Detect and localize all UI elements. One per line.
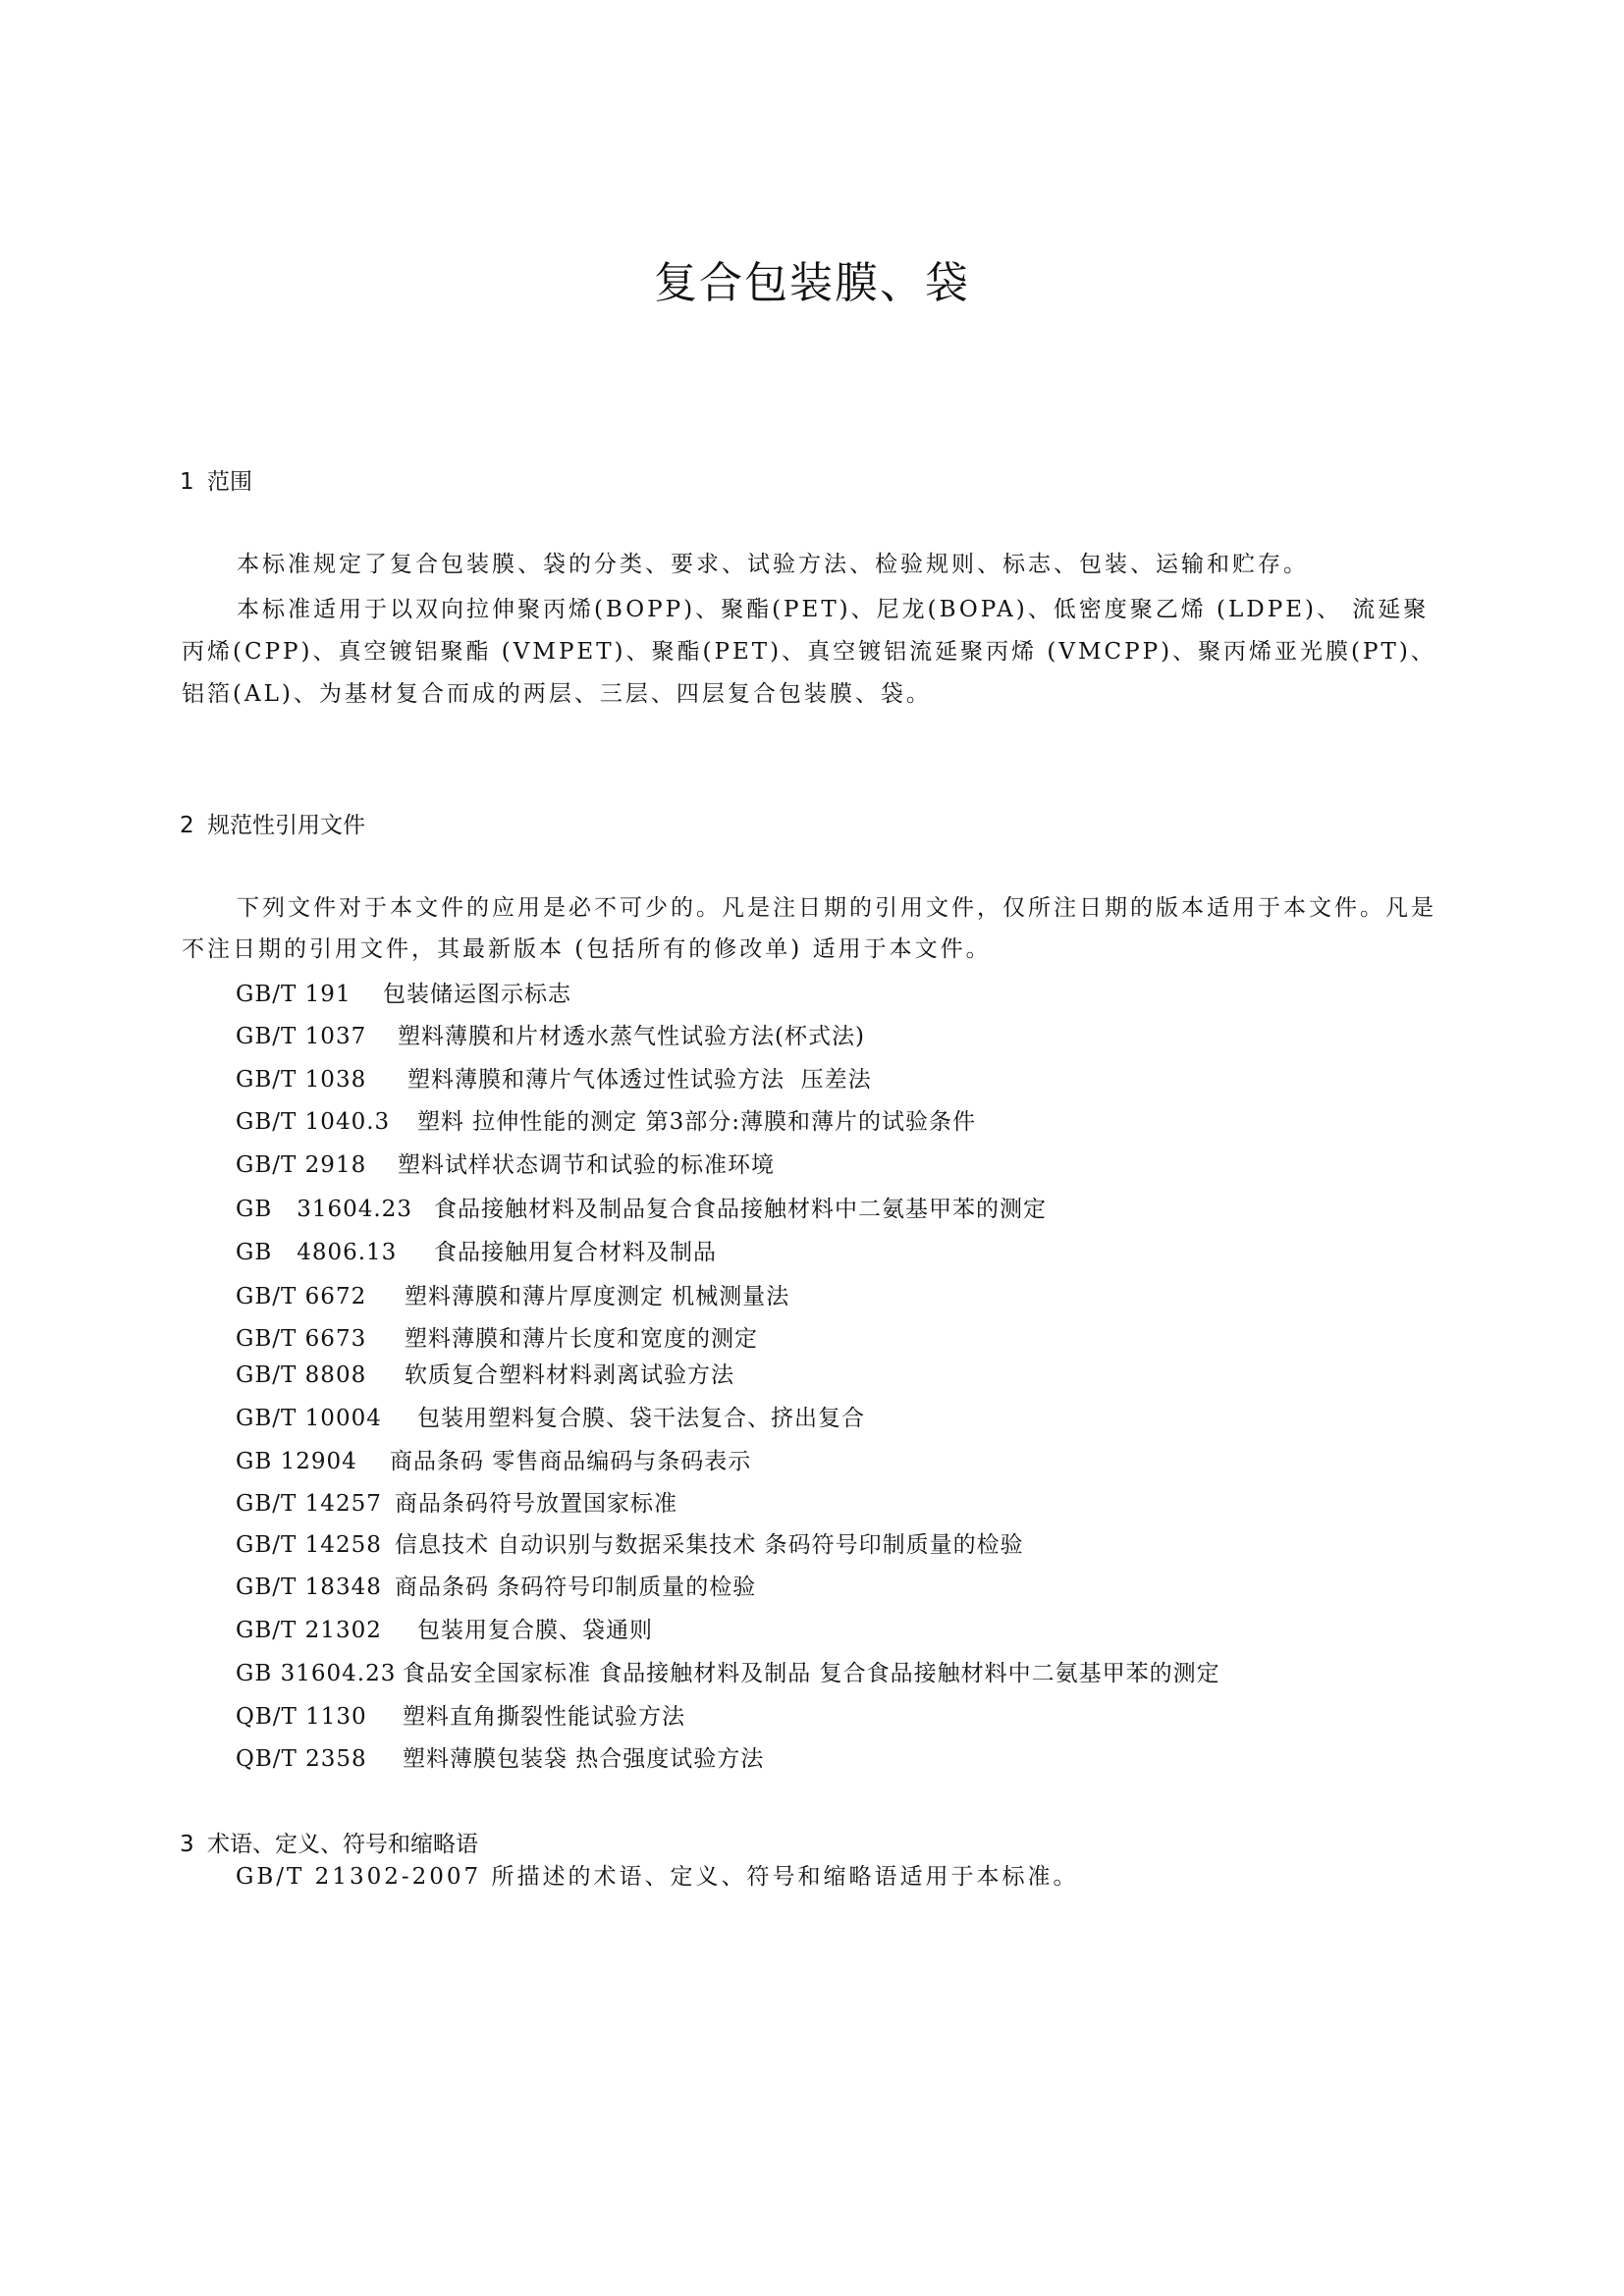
reference-item: QB/T 2358塑料薄膜包装袋 热合强度试验方法 xyxy=(236,1740,764,1773)
reference-code: GB/T 10004 xyxy=(236,1406,417,1431)
reference-title: 食品安全国家标准 食品接触材料及制品 复合食品接触材料中二氨基甲苯的测定 xyxy=(403,1661,1220,1686)
section-number: 1 xyxy=(180,469,207,495)
reference-code: GB/T 1040.3 xyxy=(236,1109,417,1135)
reference-title: 塑料 拉伸性能的测定 第3部分:薄膜和薄片的试验条件 xyxy=(417,1109,976,1135)
section-1-paragraph-1: 本标准规定了复合包装膜、袋的分类、要求、试验方法、检验规则、标志、包装、运输和贮… xyxy=(182,546,1448,583)
reference-code: GB 31604.23 xyxy=(236,1197,434,1222)
reference-code: GB 12904 xyxy=(236,1449,390,1474)
document-page: 复合包装膜、袋 1范围 本标准规定了复合包装膜、袋的分类、要求、试验方法、检验规… xyxy=(0,0,1624,2296)
section-title: 规范性引用文件 xyxy=(207,813,365,838)
reference-item: GB 31604.23食品接触材料及制品复合食品接触材料中二氨基甲苯的测定 xyxy=(236,1191,1047,1223)
reference-item: GB/T 21302包装用复合膜、袋通则 xyxy=(236,1612,653,1644)
section-number: 2 xyxy=(180,813,207,838)
reference-code: GB/T 6672 xyxy=(236,1284,405,1309)
document-title: 复合包装膜、袋 xyxy=(0,247,1624,310)
reference-code: GB 31604.23 xyxy=(236,1661,403,1686)
reference-item: GB 31604.23食品安全国家标准 食品接触材料及制品 复合食品接触材料中二… xyxy=(236,1655,1220,1687)
reference-item: GB/T 14258信息技术 自动识别与数据采集技术 条码符号印制质量的检验 xyxy=(236,1526,1024,1559)
section-3-heading: 3术语、定义、符号和缩略语 xyxy=(180,1826,478,1858)
reference-title: 商品条码 零售商品编码与条码表示 xyxy=(390,1449,751,1474)
reference-title: 塑料试样状态调节和试验的标准环境 xyxy=(398,1152,775,1178)
paragraph-text: 本标准规定了复合包装膜、袋的分类、要求、试验方法、检验规则、标志、包装、运输和贮… xyxy=(237,552,1309,577)
paragraph-text: 本标准适用于以双向拉伸聚丙烯(BOPP)、聚酯(PET)、尼龙(BOPA)、低密… xyxy=(182,597,1436,707)
reference-item: GB 12904商品条码 零售商品编码与条码表示 xyxy=(236,1443,751,1475)
reference-code: GB/T 1038 xyxy=(236,1067,407,1093)
reference-code: GB/T 8808 xyxy=(236,1362,405,1388)
reference-item: GB 4806.13食品接触用复合材料及制品 xyxy=(236,1234,717,1266)
reference-title: 塑料薄膜包装袋 热合强度试验方法 xyxy=(403,1746,764,1772)
reference-item: GB/T 18348商品条码 条码符号印制质量的检验 xyxy=(236,1569,756,1601)
reference-code: QB/T 1130 xyxy=(236,1704,403,1730)
reference-title: 塑料薄膜和薄片厚度测定 机械测量法 xyxy=(405,1284,789,1309)
reference-item: GB/T 1038塑料薄膜和薄片气体透过性试验方法 压差法 xyxy=(236,1061,872,1094)
section-2-paragraph-1: 下列文件对于本文件的应用是必不可少的。凡是注日期的引用文件，仅所注日期的版本适用… xyxy=(182,887,1448,970)
reference-code: GB/T 1037 xyxy=(236,1024,398,1049)
paragraph-text: 下列文件对于本文件的应用是必不可少的。凡是注日期的引用文件，仅所注日期的版本适用… xyxy=(182,895,1436,962)
section-3-paragraph-1: GB/T 21302-2007 所描述的术语、定义、符号和缩略语适用于本标准。 xyxy=(236,1858,1502,1896)
section-1-heading: 1范围 xyxy=(180,463,252,496)
reference-title: 食品接触用复合材料及制品 xyxy=(434,1240,717,1265)
reference-item: GB/T 14257商品条码符号放置国家标准 xyxy=(236,1485,677,1518)
reference-title: 包装储运图示标志 xyxy=(383,982,571,1007)
reference-code: GB 4806.13 xyxy=(236,1240,434,1265)
reference-item: GB/T 2918塑料试样状态调节和试验的标准环境 xyxy=(236,1147,775,1179)
reference-title: 商品条码 条码符号印制质量的检验 xyxy=(395,1575,756,1600)
reference-item: QB/T 1130塑料直角撕裂性能试验方法 xyxy=(236,1698,685,1731)
reference-code: GB/T 18348 xyxy=(236,1575,395,1600)
reference-code: GB/T 21302 xyxy=(236,1618,417,1643)
reference-title: 食品接触材料及制品复合食品接触材料中二氨基甲苯的测定 xyxy=(434,1197,1047,1222)
reference-code: GB/T 191 xyxy=(236,982,383,1007)
section-1-paragraph-2: 本标准适用于以双向拉伸聚丙烯(BOPP)、聚酯(PET)、尼龙(BOPA)、低密… xyxy=(182,589,1448,716)
section-title: 术语、定义、符号和缩略语 xyxy=(207,1832,478,1857)
paragraph-text: GB/T 21302-2007 所描述的术语、定义、符号和缩略语适用于本标准。 xyxy=(236,1864,1078,1890)
reference-item: GB/T 10004包装用塑料复合膜、袋干法复合、挤出复合 xyxy=(236,1400,865,1432)
section-number: 3 xyxy=(180,1832,207,1857)
reference-item: GB/T 191包装储运图示标志 xyxy=(236,976,571,1008)
reference-code: GB/T 14257 xyxy=(236,1491,395,1517)
section-2-heading: 2规范性引用文件 xyxy=(180,807,365,839)
reference-title: 软质复合塑料材料剥离试验方法 xyxy=(405,1362,734,1388)
reference-item: GB/T 1037塑料薄膜和片材透水蒸气性试验方法(杯式法) xyxy=(236,1018,865,1050)
reference-code: GB/T 14258 xyxy=(236,1532,395,1558)
reference-title: 包装用塑料复合膜、袋干法复合、挤出复合 xyxy=(417,1406,865,1431)
reference-item: GB/T 8808软质复合塑料材料剥离试验方法 xyxy=(236,1357,734,1389)
section-title: 范围 xyxy=(207,469,252,495)
reference-title: 商品条码符号放置国家标准 xyxy=(395,1491,677,1517)
reference-code: QB/T 2358 xyxy=(236,1746,403,1772)
reference-title: 信息技术 自动识别与数据采集技术 条码符号印制质量的检验 xyxy=(395,1532,1024,1558)
reference-item: GB/T 1040.3塑料 拉伸性能的测定 第3部分:薄膜和薄片的试验条件 xyxy=(236,1103,976,1136)
reference-title: 塑料直角撕裂性能试验方法 xyxy=(403,1704,685,1730)
reference-title: 塑料薄膜和薄片长度和宽度的测定 xyxy=(405,1326,758,1352)
reference-item: GB/T 6673塑料薄膜和薄片长度和宽度的测定 xyxy=(236,1320,758,1353)
reference-item: GB/T 6672塑料薄膜和薄片厚度测定 机械测量法 xyxy=(236,1278,789,1310)
reference-title: 包装用复合膜、袋通则 xyxy=(417,1618,653,1643)
reference-code: GB/T 6673 xyxy=(236,1326,405,1352)
reference-title: 塑料薄膜和薄片气体透过性试验方法 压差法 xyxy=(407,1067,872,1093)
reference-title: 塑料薄膜和片材透水蒸气性试验方法(杯式法) xyxy=(398,1024,865,1049)
reference-code: GB/T 2918 xyxy=(236,1152,398,1178)
